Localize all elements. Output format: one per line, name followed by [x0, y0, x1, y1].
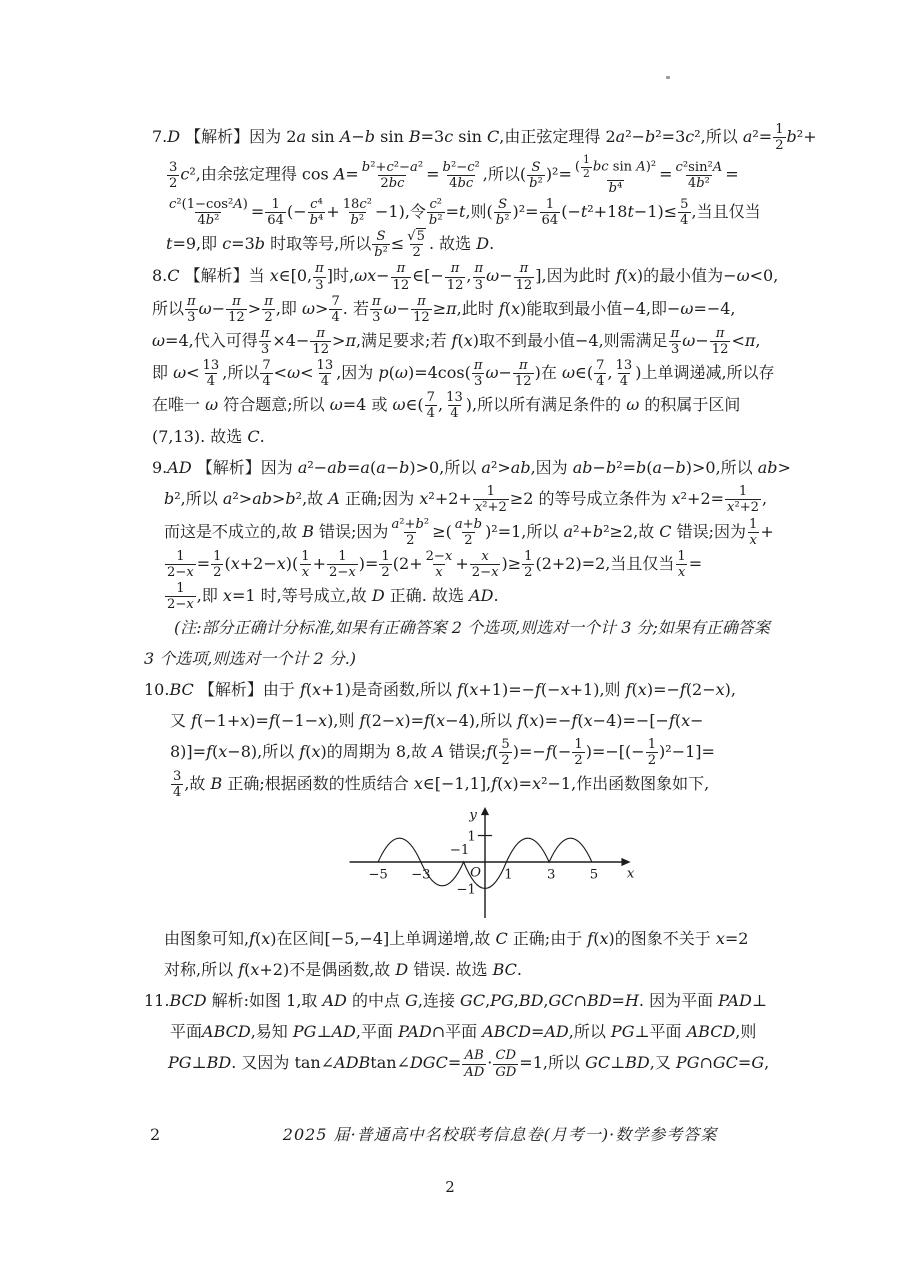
fraction: Sb² [527, 160, 545, 191]
text-line: 即 ω<134,所以74<ω<134,因为 p(ω)=4cos(π3ω−π12)… [152, 358, 810, 389]
text-line: 9.AD 【解析】因为 a²−ab=a(a−b)>0,所以 a²>ab,因为 a… [152, 453, 810, 483]
y-axis-arrow [481, 807, 489, 815]
page-number: 2 [0, 1178, 900, 1196]
fraction: b²+c²−a²2bc [360, 160, 425, 191]
text-line: 8)]=f(x−8),所以 f(x)的周期为 8,故 A 错误;f(52)=−f… [170, 737, 810, 768]
fraction: c²b² [427, 197, 445, 228]
fraction: π12 [710, 326, 731, 357]
text-line: c²(1−cos²A)4b²=164(−c⁴b⁴+18c²b²−1),令c²b²… [166, 197, 810, 228]
fraction: c²(1−cos²A)4b² [167, 197, 250, 228]
fraction: x2−x [470, 549, 501, 580]
fraction: 32 [167, 160, 179, 191]
fraction: 12 [773, 122, 785, 153]
fraction: CDGD [493, 1048, 518, 1079]
fraction: 134 [315, 358, 336, 389]
fraction: a²+b²2 [389, 517, 431, 548]
fraction: 74 [594, 358, 606, 389]
answer-lines-bottom: 由图象可知,f(x)在区间[−5,−4]上单调递增,故 C 正确;由于 f(x)… [150, 924, 810, 1079]
fraction: π3 [313, 261, 326, 292]
y-tick-label: 1 [467, 830, 475, 845]
fraction: π3 [370, 294, 383, 325]
fraction: 1x [675, 549, 687, 580]
fraction: π12 [391, 261, 412, 292]
text-line: 11.BCD 解析:如图 1,取 AD 的中点 G,连接 GC,PG,BD,GC… [144, 986, 810, 1016]
fraction: b²−c²4bc [441, 160, 482, 191]
text-line: 32c²,由余弦定理得 cos A=b²+c²−a²2bc=b²−c²4bc,所… [166, 154, 810, 196]
fraction: π12 [445, 261, 466, 292]
fraction: 52 [499, 737, 511, 768]
fraction: 18c²b² [341, 197, 374, 228]
footer-page-left: 2 [150, 1125, 205, 1144]
footer: 2 2025 届·普通高中名校联考信息卷(月考一)·数学参考答案 [150, 1122, 795, 1145]
text-line: b²,所以 a²>ab>b²,故 A 正确;因为 x²+2+1x²+2≥2 的等… [164, 484, 810, 515]
x-axis-label: x [627, 867, 635, 882]
scan-artifact-dot [666, 76, 670, 79]
text-line: 8.C 【解析】当 x∈[0,π3]时,ωx−π12∈[−π12,π3ω−π12… [152, 261, 810, 292]
fraction: a+b2 [453, 517, 484, 548]
text-line: 而这是不成立的,故 B 错误;因为a²+b²2≥(a+b2)²=1,所以 a²+… [164, 517, 810, 548]
fraction: π12 [514, 261, 535, 292]
x-tick-label: 3 [547, 868, 555, 883]
scanned-answer-page: 7.D 【解析】因为 2a sin A−b sin B=3c sin C,由正弦… [0, 0, 900, 1273]
fraction: 34 [171, 769, 183, 800]
y-tick-label: −1 [456, 883, 476, 898]
text-line: 对称,所以 f(x+2)不是偶函数,故 D 错误. 故选 BC. [164, 955, 810, 985]
fraction: π3 [472, 358, 485, 389]
fraction: ABAD [462, 1048, 486, 1079]
x-tick-label: −3 [411, 868, 431, 883]
fraction: 12 [379, 549, 391, 580]
fraction: Sb² [494, 197, 512, 228]
answer-lines-top: 7.D 【解析】因为 2a sin A−b sin B=3c sin C,由正弦… [150, 122, 810, 800]
fraction: π2 [262, 294, 275, 325]
fraction: 164 [540, 197, 561, 228]
fraction: 54 [678, 197, 690, 228]
fraction: 74 [260, 358, 272, 389]
radical: √5 [407, 228, 426, 244]
fraction: √52 [405, 229, 428, 260]
text-line: 10.BC 【解析】由于 f(x+1)是奇函数,所以 f(x+1)=−f(−x+… [144, 675, 810, 705]
text-line: t=9,即 c=3b 时取等号,所以Sb²≤√52. 故选 D. [166, 229, 810, 260]
footer-title: 2025 届·普通高中名校联考信息卷(月考一)·数学参考答案 [205, 1122, 795, 1145]
function-graph-figure: −5−3−11351−1Oxy [330, 806, 640, 918]
function-graph-svg: −5−3−11351−1Oxy [330, 806, 640, 918]
fraction: π3 [185, 294, 198, 325]
text-line: 在唯一 ω 符合题意;所以 ω=4 或 ω∈(74,134),所以所有满足条件的… [152, 390, 810, 421]
fraction: 12 [211, 549, 223, 580]
answer-text-block: 7.D 【解析】因为 2a sin A−b sin B=3c sin C,由正弦… [150, 122, 810, 1081]
x-tick-label: 5 [590, 868, 598, 883]
y-axis-label: y [468, 809, 477, 824]
x-tick-label: −1 [450, 843, 470, 858]
fraction: π12 [226, 294, 247, 325]
fraction: (12bc sin A)²b⁴ [573, 154, 658, 196]
x-axis-arrow [621, 858, 630, 866]
fraction: c²sin²A4b² [674, 160, 725, 191]
fraction: π3 [669, 326, 682, 357]
text-line: 3 个选项,则选对一个计 2 分.) [144, 644, 810, 674]
origin-label: O [470, 866, 481, 881]
text-line: (注:部分正确计分标准,如果有正确答案 2 个选项,则选对一个计 3 分;如果有… [174, 613, 810, 643]
fraction: 1x [747, 517, 759, 548]
text-line: 又 f(−1+x)=f(−1−x),则 f(2−x)=f(x−4),所以 f(x… [170, 706, 810, 736]
text-line: (7,13). 故选 C. [152, 422, 810, 452]
text-line: 12−x=12(x+2−x)(1x+12−x)=12(2+2−xx+x2−x)≥… [164, 549, 810, 580]
fraction: 12 [522, 549, 534, 580]
fraction: 134 [444, 390, 465, 421]
fraction: 12−x [327, 549, 358, 580]
fraction: 1x²+2 [473, 484, 509, 515]
fraction: 12 [572, 737, 584, 768]
text-line: 34,故 B 正确;根据函数的性质结合 x∈[−1,1],f(x)=x²−1,作… [170, 769, 810, 800]
fraction: 1x²+2 [725, 484, 761, 515]
text-line: 由图象可知,f(x)在区间[−5,−4]上单调递增,故 C 正确;由于 f(x)… [164, 924, 810, 954]
fraction: 74 [425, 390, 437, 421]
fraction: π12 [513, 358, 534, 389]
fraction: c⁴b⁴ [308, 197, 326, 228]
x-tick-label: 1 [504, 868, 512, 883]
fraction: π3 [259, 326, 272, 357]
fraction: 134 [614, 358, 635, 389]
fraction: π12 [411, 294, 432, 325]
fraction: 2−xx [424, 549, 455, 580]
fraction: 12−x [165, 549, 196, 580]
fraction: 12−x [165, 581, 196, 612]
fraction: π3 [473, 261, 486, 292]
fraction: Sb² [372, 229, 390, 260]
fraction: 164 [265, 197, 286, 228]
text-line: 所以π3ω−π12>π2,即 ω>74. 若π3ω−π12≥π,此时 f(x)能… [152, 294, 810, 325]
x-tick-label: −5 [368, 868, 388, 883]
text-line: PG⊥BD. 又因为 tan∠ADB​tan∠DGC=ABAD·CDGD=1,所… [168, 1048, 810, 1079]
text-line: 平面ABCD,易知 PG⊥AD,平面 PAD∩平面 ABCD=AD,所以 PG⊥… [170, 1017, 810, 1047]
text-line: ω=4,代入可得π3×4−π12>π,满足要求;若 f(x)取不到最小值−4,则… [152, 326, 810, 357]
fraction: π12 [310, 326, 331, 357]
fraction: 74 [329, 294, 341, 325]
text-line: 7.D 【解析】因为 2a sin A−b sin B=3c sin C,由正弦… [152, 122, 810, 153]
text-line: 12−x,即 x=1 时,等号成立,故 D 正确. 故选 AD. [164, 581, 810, 612]
fraction: 12 [581, 154, 592, 180]
fraction: 1x [299, 549, 311, 580]
fraction: 12 [646, 737, 658, 768]
fraction: 134 [201, 358, 222, 389]
